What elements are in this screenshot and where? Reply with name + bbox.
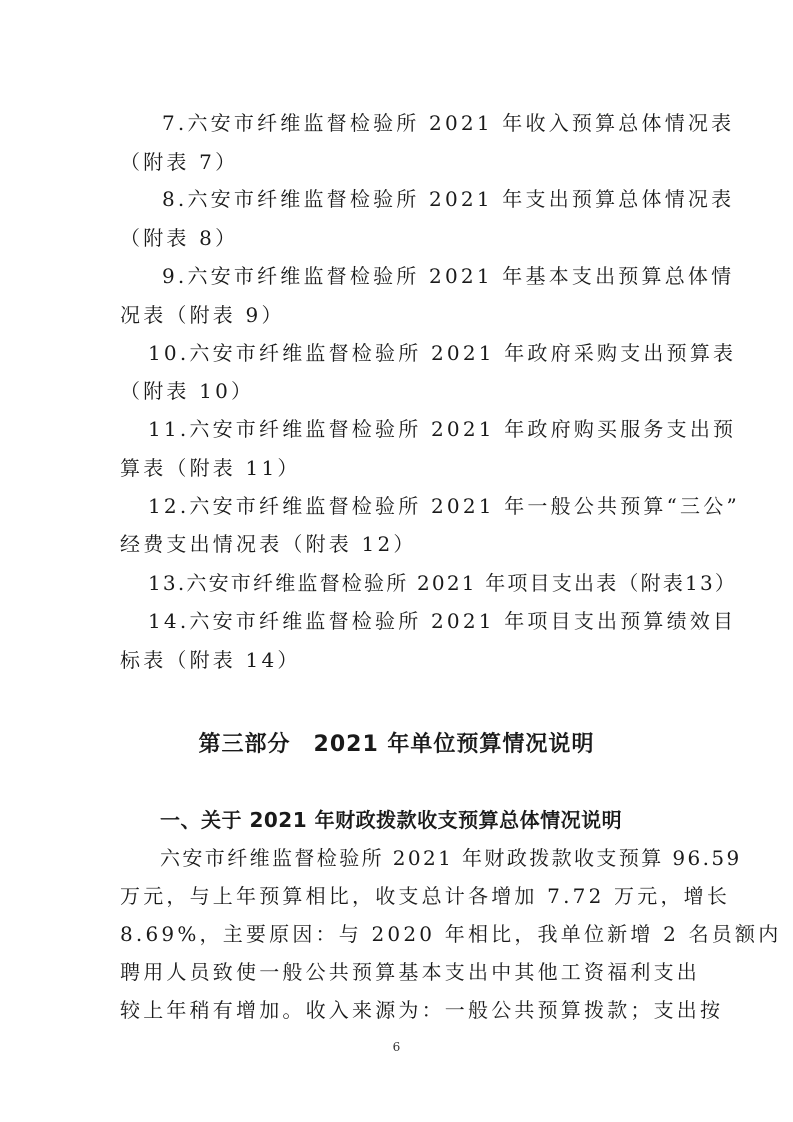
section-heading: 一、关于 2021 年财政拨款收支预算总体情况说明: [160, 804, 622, 833]
body-line-5: 较上年稍有增加。收入来源为：一般公共预算拨款；支出按: [120, 997, 680, 1023]
toc-item-9-line1: 9.六安市纤维监督检验所 2021 年基本支出预算总体情: [162, 263, 682, 289]
body-line-2: 万元，与上年预算相比，收支总计各增加 7.72 万元，增长: [120, 883, 680, 909]
toc-item-8-line1: 8.六安市纤维监督检验所 2021 年支出预算总体情况表: [162, 186, 682, 212]
part-heading: 第三部分 2021 年单位预算情况说明: [0, 727, 793, 758]
body-line-1: 六安市纤维监督检验所 2021 年财政拨款收支预算 96.59: [160, 845, 680, 871]
toc-item-10-line2: （附表 10）: [120, 378, 680, 404]
toc-item-8-line2: （附表 8）: [120, 225, 680, 251]
toc-item-11-line2: 算表（附表 11）: [120, 455, 680, 481]
toc-item-12-line1: 12.六安市纤维监督检验所 2021 年一般公共预算“三公”: [148, 493, 688, 519]
body-line-4: 聘用人员致使一般公共预算基本支出中其他工资福利支出: [120, 959, 680, 985]
toc-item-10-line1: 10.六安市纤维监督检验所 2021 年政府采购支出预算表: [148, 340, 688, 366]
page-number: 6: [0, 1040, 793, 1054]
toc-item-7-line1: 7.六安市纤维监督检验所 2021 年收入预算总体情况表: [162, 110, 682, 136]
document-page: 7.六安市纤维监督检验所 2021 年收入预算总体情况表 （附表 7） 8.六安…: [0, 0, 793, 1122]
toc-item-12-line2: 经费支出情况表（附表 12）: [120, 531, 680, 557]
toc-item-11-line1: 11.六安市纤维监督检验所 2021 年政府购买服务支出预: [148, 416, 688, 442]
toc-item-14-line1: 14.六安市纤维监督检验所 2021 年项目支出预算绩效目: [148, 608, 688, 634]
toc-item-14-line2: 标表（附表 14）: [120, 647, 680, 673]
toc-item-13-line1: 13.六安市纤维监督检验所 2021 年项目支出表（附表13）: [148, 570, 688, 596]
toc-item-7-line2: （附表 7）: [120, 149, 680, 175]
toc-item-9-line2: 况表（附表 9）: [120, 302, 680, 328]
body-line-3: 8.69%，主要原因：与 2020 年相比，我单位新增 2 名员额内: [120, 921, 680, 947]
